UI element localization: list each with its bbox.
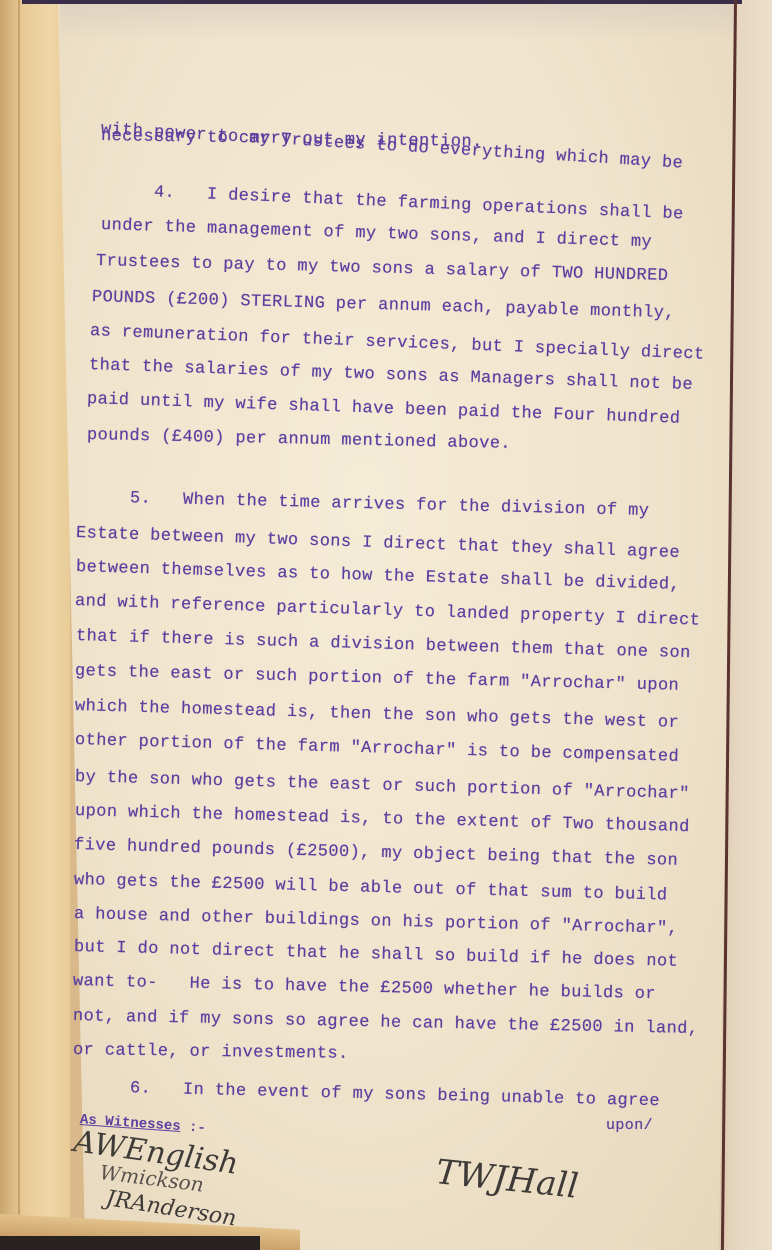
folder-edge (18, 0, 20, 1250)
sheet-top-shadow (60, 0, 736, 40)
bottom-dark-edge (0, 1236, 260, 1250)
top-binding-strip (22, 0, 742, 4)
continuation-word: upon/ (606, 1117, 653, 1134)
witnesses-label-suffix: :- (180, 1119, 206, 1137)
typed-line: or cattle, or investments. (73, 1041, 349, 1064)
left-folder-page (0, 0, 70, 1250)
